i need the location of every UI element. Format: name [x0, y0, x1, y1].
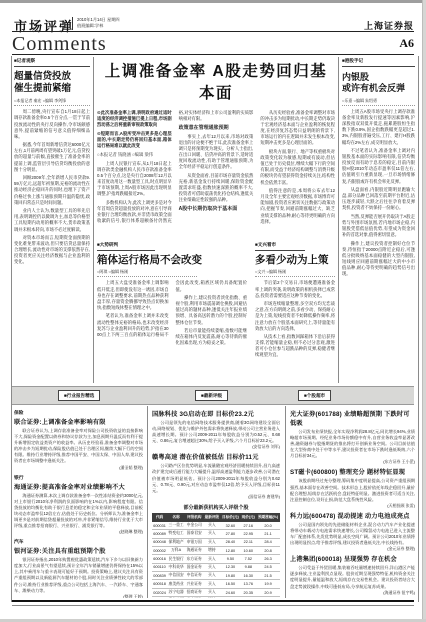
table-cell: 民生银行 — [167, 555, 185, 563]
report-attribution: (安信证券 刘军) — [152, 444, 280, 450]
paragraph: 节后第2个交易日,市场便遭遇准备金率上调的突袭,说明政策的相机抉择已成常态,投资… — [255, 280, 335, 298]
table-cell: 600048 — [152, 538, 167, 546]
table-cell: 康美药业 — [167, 580, 185, 588]
table-header-cell: 代码 — [152, 513, 167, 522]
report-headline: 赣粤高速 潜在价值被低估 目标价11元 — [152, 452, 280, 461]
table-cell: 兴业证券 — [185, 580, 203, 588]
table-cell: 002024 — [152, 588, 167, 596]
paragraph: 上周五大盘受准备金率上调影响低开低走,但即使没有这一诱因,市场自身也存在调整要求… — [97, 280, 169, 310]
table-cell: 31.20 — [240, 597, 256, 598]
table-header-cell: 名称 — [167, 513, 185, 522]
paragraph: 当然,反弹能否展开仍取决于A股走势与外围市场氛围,若内地市场企稳,内银股凭借低估… — [342, 214, 415, 238]
hk-article-title: 内银股 或许有机会反弹 — [342, 72, 415, 95]
table-header-cell: 预期涨幅(%) — [256, 513, 280, 522]
table-cell: 28.40 — [220, 538, 240, 546]
table-cell: 中科英华 — [167, 563, 185, 571]
sub-right-title: 多看少动为上策 — [255, 254, 335, 267]
section-headline: 银河证券:关注具有重组预期个股 — [14, 546, 143, 555]
paragraph: 据悉,今年首周新增信贷达6000亿元左右,1月前两周有望突破1万亿元,信贷投放的… — [14, 142, 90, 172]
left-article-title: 超量信贷投放 催生提前紧缩 — [14, 71, 90, 95]
paragraph: 板块方面,银行、地产等权重板块对政策变化较为敏感,短期或有波动,但估值已处于历史… — [260, 149, 335, 186]
table-cell: 000002 — [152, 546, 167, 554]
subhead: 政策意在管理通胀预期 — [179, 125, 254, 132]
table-row: 600031三一重工中金公司买入32.6027.1620.0 — [152, 522, 280, 530]
table-cell: 增持 — [203, 546, 220, 554]
table-header-row: 代码 名称 评级机构 最新评级 目标价(元) 现价(元) 预期涨幅(%) — [152, 513, 280, 522]
band-item-latest-ratings: ■最新评级 — [195, 390, 228, 401]
frame-line-right — [418, 56, 419, 602]
table-row: 600016民生银行东方证券买入9.507.5226.3 — [152, 555, 280, 563]
main-article-byline: ○本报记者 钱晓涵 ○编辑 梁伟 — [97, 152, 172, 158]
duty-editor-line: 值班编辑:学林 — [77, 23, 120, 29]
table-cell: 600031 — [152, 522, 167, 530]
section-category: 保险 — [14, 409, 143, 416]
paragraph: 从盘面看,内银股近期明显跑输大盘,部分品种已回落至前期平台附近,沽压逐步减轻,大… — [342, 187, 415, 211]
table-row: 600110中科英华国金证券买入12.309.8824.5 — [152, 563, 280, 571]
table-cell: 买入 — [203, 580, 220, 588]
sub-right-tag: ■文兴看市 — [255, 242, 305, 251]
header-rule-1 — [12, 31, 414, 32]
hk-article-tag: ■港股手记 — [342, 58, 415, 67]
table-cell: 22.11 — [240, 538, 256, 546]
section-body: 联合证券认为,上调存款准备金率对保险公司投资收益的直接影响不大,保险资金配置以债… — [14, 428, 143, 465]
paragraph: 周二傍晚,央行宣布自1月18日起上调存款准备金率0.5个百分点,一贯于节前投放流… — [14, 109, 90, 139]
table-cell: 000839 — [152, 572, 167, 580]
section-attribution: (整理 王婷) — [14, 594, 143, 598]
section-insurance: 保险 联合证券:上调准备金率影响有限 联合证券认为,上调存款准备金率对保险公司投… — [14, 409, 143, 471]
ratings-table-title: 部分最新获机构买入评级个股 — [152, 504, 280, 511]
table-header-cell: 最新评级 — [203, 513, 220, 522]
paragraph: 操作上,建议投资者淡化指数、重视个股,利用市场震荡调仓换股,回避估值过高的题材品… — [176, 295, 248, 325]
newspaper-page: 市场评弹 2010年1月14日 星期四 值班编辑:学林 上海证券报 Commen… — [0, 0, 426, 622]
left-article-title-line2: 催生提前紧缩 — [14, 83, 90, 95]
table-row: 002024苏宁电器招商证券买入24.6020.3520.9 — [152, 588, 280, 596]
table-cell: 16.30 — [240, 572, 256, 580]
section-headline: 海通证券:提高准备金率对业绩影响不大 — [14, 482, 143, 491]
table-row: 600600青岛啤酒光大证券增持36.0031.2015.4 — [152, 597, 280, 598]
sub-left-body: 上周五大盘受准备金率上调影响低开低走,但即使没有这一诱因,市场自身也存在调整要求… — [97, 280, 247, 346]
paragraph: 若后市量能持续萎缩,指数可能继续在箱体内反复震荡,耐心等待新的催化因素出现,方为… — [176, 328, 248, 346]
column-rule-left — [93, 57, 94, 383]
page-number: A6 — [399, 36, 414, 51]
section-body: 银河证券指出,2010年购置税优惠政策延续,汽车下乡与以旧换新力度加大,行业高景… — [14, 557, 143, 594]
band-item-industry-reports: ■行业报告精选 — [58, 390, 100, 401]
table-header-cell: 评级机构 — [185, 513, 203, 522]
stock-body: 该股前期经过充分整理,筹码集中度明显提高,公司资产重组预期强烈,基本面存在改善空… — [290, 478, 415, 502]
hk-article-byline: ○乐嘉 ○编辑 朱绍勇 — [342, 98, 415, 107]
table-cell: 21.5 — [256, 572, 280, 580]
sub-left-title: 箱体运行格局不会改变 — [97, 254, 247, 267]
table-cell: 9.88 — [240, 563, 256, 571]
hk-article-title-line2: 或许有机会反弹 — [342, 83, 415, 95]
ratings-table: 代码 名称 评级机构 最新评级 目标价(元) 现价(元) 预期涨幅(%) 600… — [152, 513, 280, 598]
table-cell: 600016 — [152, 555, 167, 563]
stock-section-shanggang: 上港集团(600018) 呈现强势 存在机会 公司受益于外贸回暖,集装箱吞吐量增… — [290, 554, 415, 595]
table-cell: 27.16 — [240, 522, 256, 530]
table-cell: 7.52 — [240, 555, 256, 563]
table-cell: 苏宁电器 — [167, 588, 185, 596]
table-cell: 600110 — [152, 563, 167, 571]
paragraph: 对资本市场而言,短期资金面预期的变化难免带来波动,但只要信贷总量保持合理增长,流… — [14, 235, 90, 265]
table-cell: 中金公司 — [185, 522, 203, 530]
report-body: 公司是领先的电信网络技术服务提供商,随着3G网络建设全面启动,网络规划、优化与维… — [152, 420, 280, 444]
table-cell: 青岛啤酒 — [167, 597, 185, 598]
table-cell: 20.0 — [256, 522, 280, 530]
paragraph: 从历史经验看,准备金率调整对市场的冲击多为短期扰动,中长期走势仍取决于宏观经济基… — [260, 110, 335, 147]
table-cell: 保利地产 — [167, 538, 185, 546]
table-cell: 20.35 — [240, 588, 256, 596]
table-row: 000002万科A海通证券增持12.8010.6020.8 — [152, 546, 280, 554]
sub-right-byline: ○文兴 ○编辑 杨刚 — [255, 269, 335, 278]
table-cell: 12.30 — [220, 563, 240, 571]
table-header-cell: 目标价(元) — [220, 513, 240, 522]
frame-line-left — [11, 56, 12, 602]
left-article: ■记者观察 超量信贷投放 催生提前紧缩 ○本报记者 秦宏 ○编辑 李剑锋 周二傍… — [14, 58, 90, 380]
bottom-right-column: 光大证券(601788) 业绩略超预期 下跌时可低吸 公司发布业绩快报,全年实现… — [290, 406, 415, 598]
stock-headline: ST磁卡(600800) 整理充分 题材特征显现 — [290, 467, 415, 476]
table-cell: 28.4 — [256, 538, 280, 546]
table-cell: 买入 — [203, 563, 220, 571]
sub-left-tag: ■大势研判 — [97, 242, 155, 251]
table-cell: 26.3 — [256, 555, 280, 563]
header-rule-2 — [12, 54, 414, 55]
table-cell: 买入 — [203, 538, 220, 546]
table-cell: 19.9 — [256, 580, 280, 588]
paragraph: 事实上,去年12月以来,市场对政策退出的讨论便不绝于耳,此次准备金率上调只是将预… — [179, 134, 254, 171]
stock-section-st-cika: ST磁卡(600800) 整理充分 题材特征显现 该股前期经过充分整理,筹码集中… — [290, 467, 415, 508]
paragraph: 不过笔者认为,准备金率上调对内银股基本面的实际影响有限,信贷均衡投放反而有助于息… — [342, 148, 415, 185]
lead-paragraph: ⊙此次准备金率上调,表明政府通过适时适度的经济调控措施已提上日程,市场剧烈动荡之… — [97, 110, 172, 128]
main-headline: 上调准备金率 A股走势回归基本面 — [97, 59, 335, 103]
table-cell: 22.95 — [240, 530, 256, 538]
stock-headline: 上港集团(600018) 呈现强势 存在机会 — [290, 554, 415, 563]
hk-article: ■港股手记 内银股 或许有机会反弹 ○乐嘉 ○编辑 朱绍勇 上周五A股市场受央行… — [342, 58, 415, 380]
stock-attribution: (金元证券 整理) — [290, 546, 415, 552]
table-row: 600089特变电工国泰君安买入27.8022.9521.1 — [152, 530, 280, 538]
report-body: 公司路产区位优势明显,车流量随宏观经济回暖持续回升,昌九高速改扩建完成后通行能力… — [152, 463, 280, 493]
table-cell: 东方证券 — [185, 555, 203, 563]
left-article-byline: ○本报记者 秦宏 ○编辑 李剑锋 — [14, 98, 90, 107]
sub-left-byline: ○阿琪 ○编辑 杨刚 — [97, 269, 197, 278]
table-cell: 600089 — [152, 530, 167, 538]
bottom-rule-thin — [12, 605, 414, 606]
stock-section-everbright: 光大证券(601788) 业绩略超预期 下跌时可低吸 公司发布业绩快报,全年实现… — [290, 409, 415, 465]
english-section-title: Comments — [12, 33, 107, 56]
sub-article-right: ■文兴看市 多看少动为上策 ○文兴 ○编辑 杨刚 节后第2个交易日,市场便遭遇准… — [255, 242, 335, 380]
report-ganyue: 赣粤高速 潜在价值被低估 目标价11元 公司路产区位优势明显,车流量随宏观经济回… — [152, 452, 280, 499]
table-cell: 16.50 — [220, 580, 240, 588]
table-cell: 国泰君安 — [185, 530, 203, 538]
table-cell: 光大证券 — [185, 597, 203, 598]
stock-headline: 科力远(600478) 混动提速 动力电池成亮点 — [290, 511, 415, 520]
paragraph: 从技术上看,指数回踩箱体下沿后获得支撑,若能缩量企稳,则不必过分悲观,激进者可小… — [255, 334, 335, 358]
table-cell: 买入 — [203, 588, 220, 596]
table-cell: 申银万国 — [185, 538, 203, 546]
section-attribution: (潘圣韬 整理) — [14, 465, 143, 471]
hk-article-body: 上周五A股市场受央行上调存款准备金率及新股发行提速等因素影响,沪深股指双双低开低… — [342, 109, 415, 277]
table-cell: 国金证券 — [185, 563, 203, 571]
table-cell: 600600 — [152, 597, 167, 598]
left-article-title-line1: 超量信贷投放 — [14, 71, 90, 83]
table-cell: 24.5 — [256, 563, 280, 571]
paragraph: 上周人民银行宣布,从1月18日起上调存款类金融机构人民币存款准备金率0.5个百分… — [97, 161, 172, 198]
table-cell: 12.80 — [220, 546, 240, 554]
table-row: 600048保利地产申银万国买入28.4022.1128.4 — [152, 538, 280, 546]
left-article-tag: ■记者观察 — [14, 58, 90, 67]
section-auto: 汽车 银河证券:关注具有重组预期个股 银河证券指出,2010年购置税优惠政策延续… — [14, 538, 143, 598]
table-cell: 三一重工 — [167, 522, 185, 530]
table-cell: 增持 — [203, 597, 220, 598]
stock-body: 公司是国内领先的先进储能材料企业,混合动力汽车产业化提速将带动车载动力电池需求快… — [290, 522, 415, 546]
table-cell: 20.9 — [256, 588, 280, 596]
lead-paragraph: ⊙短期而言,A股所受冲击更多是心理层面的,中长期走势仍将回归基本面,箱体运行格局… — [97, 131, 172, 149]
table-cell: 13.76 — [240, 580, 256, 588]
ratings-table-head: 代码 名称 评级机构 最新评级 目标价(元) 现价(元) 预期涨幅(%) — [152, 513, 280, 522]
paragraph: 回顾2009年,全年新增人民币贷款9.59万亿元,远超年初预期,充裕的流动性在推… — [14, 175, 90, 205]
masthead-divider — [72, 17, 73, 30]
table-cell: 买入 — [203, 572, 220, 580]
table-cell: 32.60 — [220, 522, 240, 530]
stock-attribution: (海通证券 钮宇鸣) — [290, 590, 415, 596]
report-attribution: (国信证券 唐建华) — [152, 494, 280, 500]
stock-section-keliyuan: 科力远(600478) 混动提速 动力电池成亮点 公司是国内领先的先进储能材料企… — [290, 511, 415, 552]
table-cell: 中信国安 — [167, 572, 185, 580]
table-cell: 买入 — [203, 522, 220, 530]
section-category: 汽车 — [14, 538, 143, 545]
table-cell: 买入 — [203, 530, 220, 538]
report-headline: 国脉科技 3G启动在即 目标价23.2元 — [152, 409, 280, 418]
table-cell: 36.00 — [220, 597, 240, 598]
table-row: 600518康美药业兴业证券买入16.5013.7619.9 — [152, 580, 280, 588]
table-cell: 万科A — [167, 546, 185, 554]
stock-attribution: (东方证券 王小罡) — [290, 459, 415, 465]
sub-article-left: ■大势研判 箱体运行格局不会改变 ○阿琪 ○编辑 杨刚 上周五大盘受准备金率上调… — [97, 242, 247, 380]
section-bank: 银行 海通证券:提高准备金率对业绩影响不大 海通证券测算,本次上调存款准备金率一… — [14, 474, 143, 536]
table-header-cell: 现价(元) — [240, 513, 256, 522]
section-category: 银行 — [14, 474, 143, 481]
table-cell: 特变电工 — [167, 530, 185, 538]
page-top-edge — [0, 0, 426, 3]
bottom-column-rule-1 — [147, 406, 148, 598]
hk-article-title-line1: 内银股 — [342, 72, 415, 84]
paragraph: 从资金面看,目前市场存量资金依然充裕,新基金发行持续回暖,保险资金配置需求旺盛,… — [179, 173, 254, 203]
bottom-column-rule-2 — [285, 406, 286, 598]
band-item-stock-market: ■个股超市 — [298, 390, 331, 401]
stock-body: 公司受益于外贸回暖,集装箱吞吐量增速持续回升,洋山港区产能逐步释放,主业盈利拐点… — [290, 565, 415, 589]
table-cell: 600518 — [152, 580, 167, 588]
table-cell: 中信证券 — [185, 572, 203, 580]
table-cell: 24.60 — [220, 588, 240, 596]
table-cell: 19.80 — [220, 572, 240, 580]
section-body: 海通证券测算,本次上调存款准备金率一次性冻结资金约3000亿元,对上市银行201… — [14, 493, 143, 530]
report-guomai: 国脉科技 3G启动在即 目标价23.2元 公司是领先的电信网络技术服务提供商,随… — [152, 409, 280, 450]
bottom-middle-column: 国脉科技 3G启动在即 目标价23.2元 公司是领先的电信网络技术服务提供商,随… — [152, 406, 280, 598]
table-cell: 20.8 — [256, 546, 280, 554]
paragraph: 市场连续缩量整理,多空双方均无恋战之意,在方向明朗之前,多看少动、保持耐心是为上… — [255, 301, 335, 331]
left-article-body: 周二傍晚,央行宣布自1月18日起上调存款准备金率0.5个百分点,一贯于节前投放流… — [14, 109, 90, 265]
column-rule-right — [338, 57, 339, 383]
ratings-table-body: 600031三一重工中金公司买入32.6027.1620.0600089特变电工… — [152, 522, 280, 598]
bottom-left-column: 保险 联合证券:上调准备金率影响有限 联合证券认为,上调存款准备金率对保险公司投… — [14, 406, 143, 598]
stock-attribution: (天相投顾 张雷) — [290, 503, 415, 509]
date-block: 2010年1月14日 星期四 值班编辑:学林 — [77, 17, 120, 30]
table-row: 000839中信国安中信证券买入19.8016.3021.5 — [152, 572, 280, 580]
reports-band: ■行业报告精选 ■最新评级 ■个股超市 — [12, 386, 414, 405]
section-attribution: (赵晓琳 整理) — [14, 529, 143, 535]
sub-right-body: 节后第2个交易日,市场便遭遇准备金率上调的突袭,说明政策的相机抉择已成常态,投资… — [255, 280, 335, 358]
stock-body: 公司发布业绩快报,全年实现净利润28.8亿元,同比增长94%,业绩略超市场预期。… — [290, 429, 415, 459]
bottom-rule-thick — [12, 600, 414, 602]
table-cell: 9.50 — [220, 555, 240, 563]
table-cell: 21.1 — [256, 530, 280, 538]
table-cell: 买入 — [203, 555, 220, 563]
paragraph: 业内人士认为,数量型工具的率先启用,表明调控仍以微调为主,加息等价格型工具短期内… — [14, 208, 90, 232]
subhead: A股中长期仍取决于基本面 — [179, 206, 254, 213]
stock-headline: 光大证券(601788) 业绩略超预期 下跌时可低吸 — [290, 409, 415, 427]
table-cell: 27.80 — [220, 530, 240, 538]
paragraph: 操作上,建议投资者控制好仓位节奏,待恒指于20000点附近企稳后,可逢低分批吸纳… — [342, 241, 415, 278]
paragraph: 上周五A股市场受央行上调存款准备金率及新股发行提速等因素影响,沪深股指双双低开低… — [342, 109, 415, 146]
table-cell: 10.60 — [240, 546, 256, 554]
section-headline: 联合证券:上调准备金率影响有限 — [14, 417, 143, 426]
page-right-edge — [422, 0, 426, 622]
table-cell: 招商证券 — [185, 588, 203, 596]
paragraph: 值得注意的是,本周将公布去年12月及全年主要宏观经济数据,市场博弈可能加剧,投资… — [260, 188, 335, 225]
table-cell: 海通证券 — [185, 546, 203, 554]
table-cell: 15.4 — [256, 597, 280, 598]
